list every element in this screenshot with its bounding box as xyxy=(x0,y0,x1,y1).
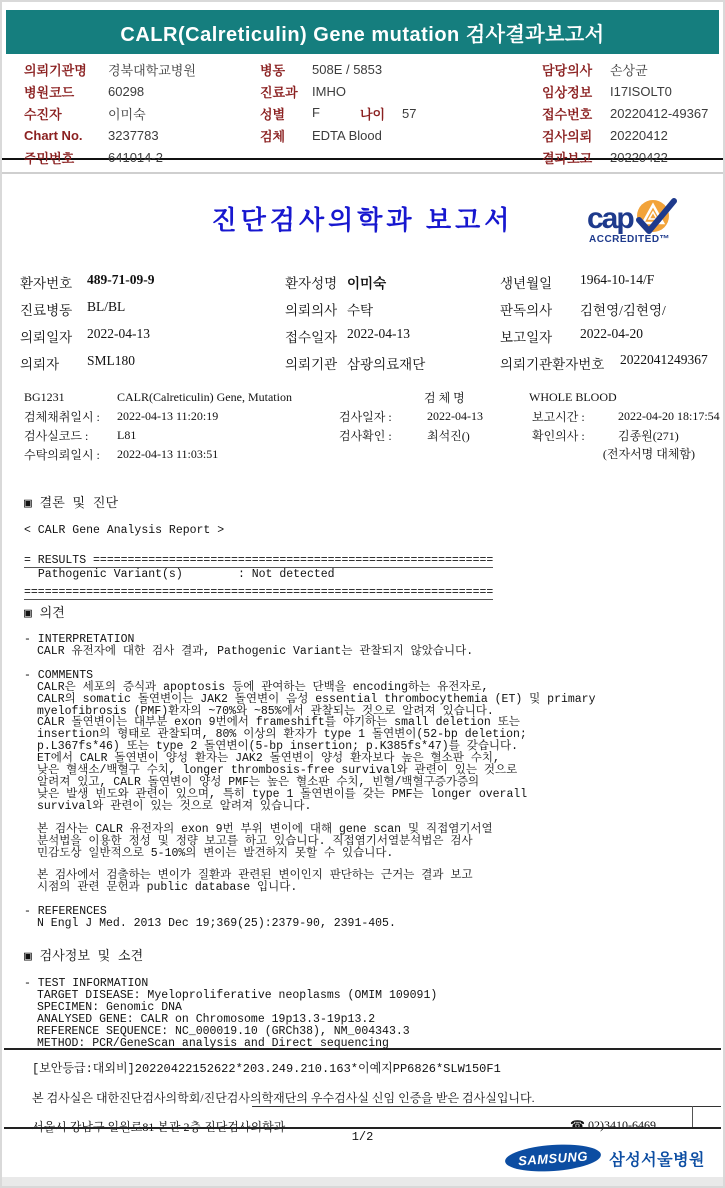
field-value: 김종원(271) xyxy=(618,427,679,444)
field-label: 성별 xyxy=(260,104,312,123)
test-row: 검사실코드 : L81 검사확인 : 최석진() 확인의사 : 김종원(271) xyxy=(24,426,713,445)
patient-row: 의뢰자 SML180 의뢰기관 삼광의료재단 의뢰기관환자번호 20220412… xyxy=(20,353,713,380)
footer-box: [보안등급:대외비]20220422152622*203.249.210.163… xyxy=(4,1048,721,1127)
info-row: 결과보고 20220422 xyxy=(542,146,722,168)
field-value: BL/BL xyxy=(87,299,285,315)
field-label: 검사의뢰 xyxy=(542,126,610,145)
square-marker-icon: ▣ xyxy=(24,949,32,964)
field-label: 병원코드 xyxy=(24,82,108,101)
info-row: 검체 EDTA Blood xyxy=(260,124,495,146)
patient-header-box: CALR(Calreticulin) Gene mutation 검사결과보고서… xyxy=(2,2,723,160)
patient-row: 의뢰일자 2022-04-13 접수일자 2022-04-13 보고일자 202… xyxy=(20,326,713,353)
field-value: 수탁 xyxy=(347,299,500,319)
field-label: 나이 xyxy=(360,104,402,123)
field-value: 삼광의료재단 xyxy=(347,353,500,373)
patient-id: 489-71-09-9 xyxy=(87,272,285,288)
field-label: 검체 xyxy=(260,126,312,145)
specimen-label: 검 체 명 xyxy=(424,389,529,406)
field-value: 2022-04-13 11:20:19 xyxy=(117,409,339,424)
cap-accredited-label: ACCREDITED™ xyxy=(589,234,697,245)
certification-line: 본 검사실은 대한진단검사의학회/진단검사의학재단의 우수검사실 신임 인증을 … xyxy=(32,1089,721,1106)
section-heading: ▣ 결론 및 진단 xyxy=(24,492,708,511)
patient-row: 진료병동 BL/BL 의뢰의사 수탁 판독의사 김현영/김현영/ xyxy=(20,299,713,326)
field-label: 환자번호 xyxy=(20,272,87,292)
info-row: 진료과 IMHO xyxy=(260,80,495,102)
section-divider xyxy=(2,172,723,174)
field-value: IMHO xyxy=(312,84,346,99)
field-value: 2022-04-20 18:17:54 xyxy=(618,409,720,424)
test-row: BG1231 CALR(Calreticulin) Gene, Mutation… xyxy=(24,388,713,407)
field-value: 최석진() xyxy=(427,427,532,444)
field-label: 검체채취일시 : xyxy=(24,408,117,425)
info-row: 병동 508E / 5853 xyxy=(260,58,495,80)
report-title-bar: CALR(Calreticulin) Gene mutation 검사결과보고서 xyxy=(6,10,719,54)
info-row: 의뢰기관명 경북대학교병원 xyxy=(24,58,256,80)
references-text: N Engl J Med. 2013 Dec 19;369(25):2379-9… xyxy=(37,918,708,930)
field-label: 결과보고 xyxy=(542,148,610,167)
field-value: I17ISOLT0 xyxy=(610,84,672,99)
patient-row: 환자번호 489-71-09-9 환자성명 이미숙 생년월일 1964-10-1… xyxy=(20,272,713,299)
field-value: 508E / 5853 xyxy=(312,62,382,77)
report-page: CALR(Calreticulin) Gene mutation 검사결과보고서… xyxy=(0,0,725,1188)
patient-detail-grid: 환자번호 489-71-09-9 환자성명 이미숙 생년월일 1964-10-1… xyxy=(20,272,713,380)
square-marker-icon: ▣ xyxy=(24,606,32,621)
patient-name: 이미숙 xyxy=(347,272,500,292)
field-label: 생년월일 xyxy=(500,272,580,292)
info-row: 주민번호 641014-2 xyxy=(24,146,256,168)
esignature-note: (전자서명 대체함) xyxy=(603,445,695,462)
interpretation-text: CALR 유전자에 대한 검사 결과, Pathogenic Variant는 … xyxy=(37,646,708,658)
field-value: 경북대학교병원 xyxy=(108,60,196,79)
field-label: Chart No. xyxy=(24,128,108,143)
info-row: 임상정보 I17ISOLT0 xyxy=(542,80,722,102)
security-line: [보안등급:대외비]20220422152622*203.249.210.163… xyxy=(32,1059,721,1076)
section-heading: ▣ 의견 xyxy=(24,602,708,621)
conclusion-section: ▣ 결론 및 진단 < CALR Gene Analysis Report > … xyxy=(24,492,708,600)
info-row: 검사의뢰 20220412 xyxy=(542,124,722,146)
cap-logo-text: cap xyxy=(587,204,633,234)
comments-paragraph-3: 본 검사에서 검출하는 변이가 질환과 관련된 변이인지 판단하는 근거는 결과… xyxy=(37,870,708,894)
field-label: 수탁의뢰일시 : xyxy=(24,446,117,463)
field-value: 20220412-49367 xyxy=(610,106,708,121)
field-label: 의뢰기관명 xyxy=(24,60,108,79)
info-column-visit: 병동 508E / 5853 진료과 IMHO 성별 F 나이 57 검체 ED… xyxy=(260,58,495,146)
hospital-logo: SAMSUNG 삼성서울병원 xyxy=(505,1145,705,1171)
field-label: 임상정보 xyxy=(542,82,610,101)
field-value: 2022041249367 xyxy=(620,353,725,366)
cap-accredited-logo: cap ACCREDITED™ xyxy=(587,202,697,245)
field-label: 검사일자 : xyxy=(339,408,427,425)
field-label: 확인의사 : xyxy=(532,427,618,444)
field-value: SML180 xyxy=(87,353,285,369)
test-name: CALR(Calreticulin) Gene, Mutation xyxy=(117,390,339,405)
field-label: 진료병동 xyxy=(20,299,87,319)
field-value: 2022-04-13 11:03:51 xyxy=(117,447,339,462)
field-value: L81 xyxy=(117,428,339,443)
field-label: 수진자 xyxy=(24,104,108,123)
field-label: 병동 xyxy=(260,60,312,79)
field-value: 2022-04-13 xyxy=(87,326,285,342)
info-row: 담당의사 손상균 xyxy=(542,58,722,80)
field-label: 보고일자 xyxy=(500,326,580,346)
field-value: F xyxy=(312,105,320,120)
specimen-value: WHOLE BLOOD xyxy=(529,390,617,405)
samsung-logo-icon: SAMSUNG xyxy=(504,1142,602,1175)
report-title: CALR(Calreticulin) Gene mutation 검사결과보고서 xyxy=(120,18,604,47)
comments-paragraph-1: CALR은 세포의 증식과 apoptosis 등에 관여하는 단백을 enco… xyxy=(37,682,708,813)
test-row: 검체채취일시 : 2022-04-13 11:20:19 검사일자 : 2022… xyxy=(24,407,713,426)
field-label: 판독의사 xyxy=(500,299,580,319)
field-label: 검사실코드 : xyxy=(24,427,117,444)
field-label: 의뢰일자 xyxy=(20,326,87,346)
result-line: Pathogenic Variant(s) : Not detected xyxy=(24,569,708,581)
field-value: 2022-04-13 xyxy=(427,409,532,424)
footer-vertical-divider xyxy=(692,1106,693,1129)
field-label: 환자성명 xyxy=(285,272,347,292)
field-label: 검사확인 : xyxy=(339,427,427,444)
field-value: 3237783 xyxy=(108,128,159,143)
info-row: Chart No. 3237783 xyxy=(24,124,256,146)
comments-paragraph-2: 본 검사는 CALR 유전자의 exon 9번 부위 변이에 대해 gene s… xyxy=(37,824,708,860)
field-value: 손상균 xyxy=(610,60,648,79)
info-row: 접수번호 20220412-49367 xyxy=(542,102,722,124)
info-row: 병원코드 60298 xyxy=(24,80,256,102)
field-value: 641014-2 xyxy=(108,150,163,165)
field-value: 이미숙 xyxy=(108,104,146,123)
field-value: 20220412 xyxy=(610,128,668,143)
field-label: 접수일자 xyxy=(285,326,347,346)
test-information-section: ▣ 검사정보 및 소견 - TEST INFORMATION TARGET DI… xyxy=(24,945,708,1049)
field-label: 의뢰기관환자번호 xyxy=(500,353,620,373)
info-column-order: 담당의사 손상균 임상정보 I17ISOLT0 접수번호 20220412-49… xyxy=(542,58,722,168)
field-value: 60298 xyxy=(108,84,144,99)
field-value: 2022-04-20 xyxy=(580,326,643,342)
comments-label: - COMMENTS xyxy=(24,670,708,682)
square-marker-icon: ▣ xyxy=(24,496,32,511)
field-label: 담당의사 xyxy=(542,60,610,79)
field-value: 57 xyxy=(402,106,416,121)
field-label: 의뢰자 xyxy=(20,353,87,373)
field-value: 김현영/김현영/ xyxy=(580,299,666,319)
results-separator-bottom: ========================================… xyxy=(24,587,493,600)
field-label: 의뢰의사 xyxy=(285,299,347,319)
opinion-section: ▣ 의견 - INTERPRETATION CALR 유전자에 대한 검사 결과… xyxy=(24,602,708,930)
field-label: 보고시간 : xyxy=(532,408,618,425)
info-row: 성별 F 나이 57 xyxy=(260,102,495,124)
samsung-logo-text: SAMSUNG xyxy=(518,1148,589,1168)
test-information-lines: TARGET DISEASE: Myeloproliferative neopl… xyxy=(37,990,708,1050)
section-heading: ▣ 검사정보 및 소견 xyxy=(24,945,708,964)
test-code: BG1231 xyxy=(24,390,117,405)
bottom-gray-band xyxy=(2,1177,723,1186)
field-value: 1964-10-14/F xyxy=(580,272,654,288)
hospital-name: 삼성서울병원 xyxy=(609,1147,705,1170)
page-number: 1/2 xyxy=(2,1130,723,1144)
field-label: 의뢰기관 xyxy=(285,353,347,373)
test-meta-block: BG1231 CALR(Calreticulin) Gene, Mutation… xyxy=(24,388,713,464)
field-value: 2022-04-13 xyxy=(347,326,500,342)
field-value: EDTA Blood xyxy=(312,128,382,143)
department-title-block: 진단검사의학과 보고서 cap ACCREDITED™ xyxy=(2,192,723,262)
field-label: 접수번호 xyxy=(542,104,610,123)
field-value: 20220422 xyxy=(610,150,668,165)
results-separator-top: = RESULTS ==============================… xyxy=(24,555,493,568)
page-footer-rule xyxy=(4,1127,721,1129)
field-label: 진료과 xyxy=(260,82,312,101)
info-column-hospital: 의뢰기관명 경북대학교병원 병원코드 60298 수진자 이미숙 Chart N… xyxy=(24,58,256,168)
info-row: 수진자 이미숙 xyxy=(24,102,256,124)
analysis-report-header: < CALR Gene Analysis Report > xyxy=(24,525,708,537)
footer-cell-divider xyxy=(252,1106,721,1107)
field-label: 주민번호 xyxy=(24,148,108,167)
